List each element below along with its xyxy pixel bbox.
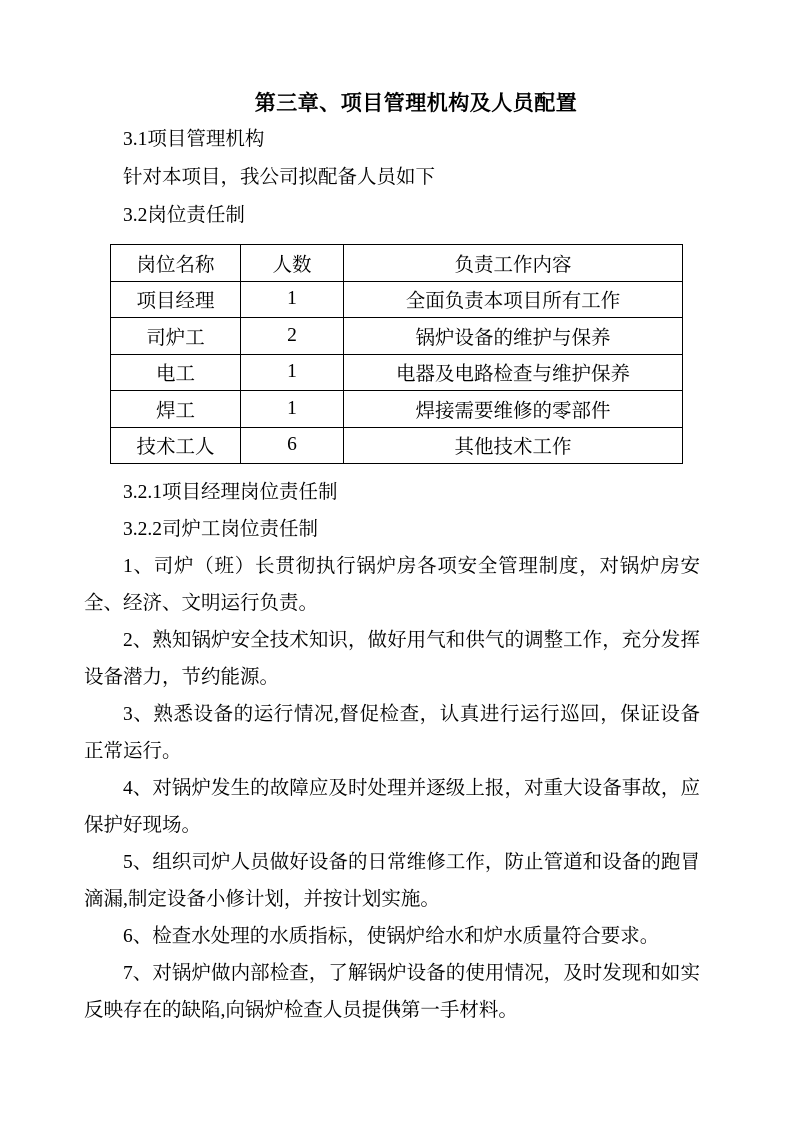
table-row: 电工1电器及电路检查与维护保养 bbox=[111, 354, 683, 391]
col-header-headcount: 人数 bbox=[241, 245, 344, 282]
table-row: 焊工1焊接需要维修的零部件 bbox=[111, 391, 683, 428]
duty-paragraph: 1、司炉（班）长贯彻执行锅炉房各项安全管理制度，对锅炉房安全、经济、文明运行负责… bbox=[84, 548, 700, 622]
section-3-1-heading: 3.1项目管理机构 bbox=[84, 121, 700, 159]
table-cell: 其他技术工作 bbox=[344, 427, 683, 464]
table-cell: 焊接需要维修的零部件 bbox=[344, 391, 683, 428]
section-3-1-intro: 针对本项目，我公司拟配备人员如下 bbox=[84, 159, 700, 197]
col-header-duties: 负责工作内容 bbox=[344, 245, 683, 282]
table-cell: 项目经理 bbox=[111, 281, 241, 318]
table-cell: 1 bbox=[241, 391, 344, 428]
table-cell: 电工 bbox=[111, 354, 241, 391]
table-cell: 6 bbox=[241, 427, 344, 464]
table-row: 项目经理1全面负责本项目所有工作 bbox=[111, 281, 683, 318]
duties-list: 1、司炉（班）长贯彻执行锅炉房各项安全管理制度，对锅炉房安全、经济、文明运行负责… bbox=[84, 548, 700, 1029]
table-cell: 焊工 bbox=[111, 391, 241, 428]
staffing-table: 岗位名称 人数 负责工作内容 项目经理1全面负责本项目所有工作司炉工2锅炉设备的… bbox=[110, 244, 683, 464]
duty-paragraph: 4、对锅炉发生的故障应及时处理并逐级上报，对重大设备事故，应保护好现场。 bbox=[84, 770, 700, 844]
section-3-2-heading: 3.2岗位责任制 bbox=[84, 197, 700, 235]
duty-paragraph: 6、检查水处理的水质指标，使锅炉给水和炉水质量符合要求。 bbox=[84, 918, 700, 955]
table-header-row: 岗位名称 人数 负责工作内容 bbox=[111, 245, 683, 282]
table-cell: 司炉工 bbox=[111, 318, 241, 355]
staff-table-body: 项目经理1全面负责本项目所有工作司炉工2锅炉设备的维护与保养电工1电器及电路检查… bbox=[111, 281, 683, 464]
intro-section: 3.1项目管理机构 针对本项目，我公司拟配备人员如下 3.2岗位责任制 bbox=[84, 121, 700, 235]
table-cell: 全面负责本项目所有工作 bbox=[344, 281, 683, 318]
table-cell: 锅炉设备的维护与保养 bbox=[344, 318, 683, 355]
table-cell: 1 bbox=[241, 354, 344, 391]
document-page: 第三章、项目管理机构及人员配置 3.1项目管理机构 针对本项目，我公司拟配备人员… bbox=[0, 0, 794, 1122]
table-row: 技术工人6其他技术工作 bbox=[111, 427, 683, 464]
duty-paragraph: 5、组织司炉人员做好设备的日常维修工作，防止管道和设备的跑冒滴漏,制定设备小修计… bbox=[84, 844, 700, 918]
duties-section: 3.2.1项目经理岗位责任制 3.2.2司炉工岗位责任制 1、司炉（班）长贯彻执… bbox=[84, 474, 700, 1029]
col-header-position: 岗位名称 bbox=[111, 245, 241, 282]
table-cell: 技术工人 bbox=[111, 427, 241, 464]
section-3-2-2-heading: 3.2.2司炉工岗位责任制 bbox=[84, 511, 700, 548]
table-cell: 电器及电路检查与维护保养 bbox=[344, 354, 683, 391]
duty-paragraph: 2、熟知锅炉安全技术知识，做好用气和供气的调整工作，充分发挥设备潜力，节约能源。 bbox=[84, 622, 700, 696]
page-number: 6 bbox=[0, 1000, 794, 1020]
table-cell: 2 bbox=[241, 318, 344, 355]
section-3-2-1-heading: 3.2.1项目经理岗位责任制 bbox=[84, 474, 700, 511]
table-cell: 1 bbox=[241, 281, 344, 318]
table-row: 司炉工2锅炉设备的维护与保养 bbox=[111, 318, 683, 355]
duty-paragraph: 3、熟悉设备的运行情况,督促检查，认真进行运行巡回，保证设备正常运行。 bbox=[84, 696, 700, 770]
chapter-title: 第三章、项目管理机构及人员配置 bbox=[84, 88, 700, 118]
